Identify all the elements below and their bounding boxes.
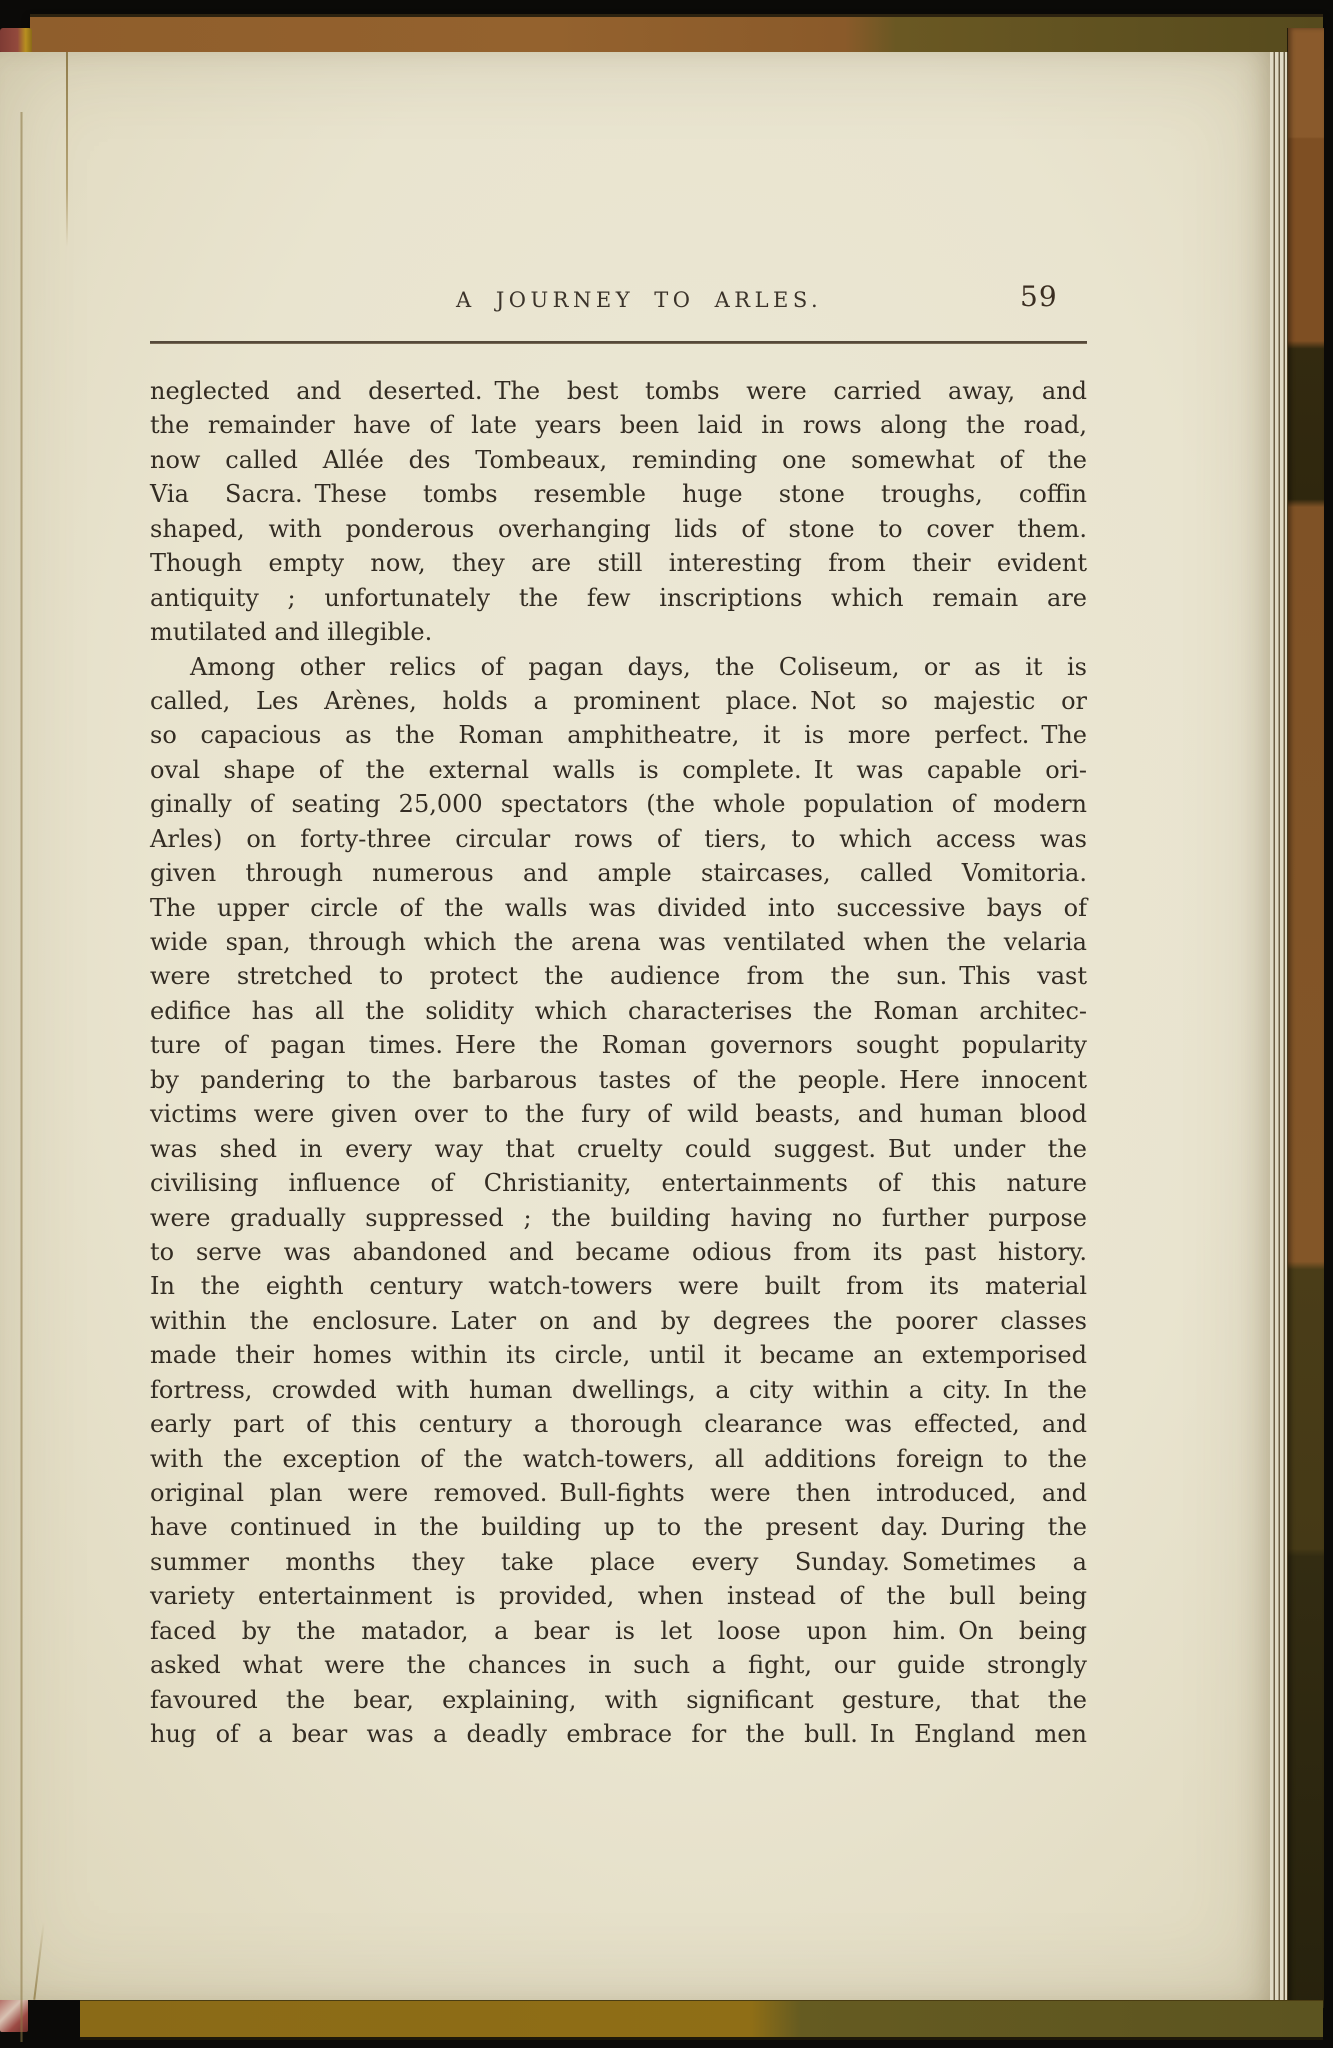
text-line: Among other relics of pagan days, the Co… bbox=[150, 650, 1087, 684]
page-title: A JOURNEY TO ARLES. bbox=[456, 288, 822, 312]
text-line: civilising influence of Christianity, en… bbox=[150, 1166, 1087, 1200]
text-line: asked what were the chances in such a fi… bbox=[150, 1648, 1087, 1682]
text-line: were gradually suppressed ; the building… bbox=[150, 1201, 1087, 1235]
header-rule bbox=[150, 341, 1087, 344]
text-line: Arles) on forty-three circular rows of t… bbox=[150, 822, 1087, 856]
paragraph: neglected and deserted. The best tombs w… bbox=[150, 374, 1087, 650]
text-line: antiquity ; unfortunately the few inscri… bbox=[150, 581, 1087, 615]
text-line: fortress, crowded with human dwellings, … bbox=[150, 1373, 1087, 1407]
book-page: A JOURNEY TO ARLES. 59 neglected and des… bbox=[0, 52, 1270, 2000]
marbled-corner-bottom-left bbox=[0, 1996, 28, 2032]
loose-thread-top bbox=[66, 52, 68, 247]
paragraph: Among other relics of pagan days, the Co… bbox=[150, 650, 1087, 1752]
text-line: were stretched to protect the audience f… bbox=[150, 959, 1087, 993]
body-text: neglected and deserted. The best tombs w… bbox=[150, 374, 1087, 1752]
page-number: 59 bbox=[1020, 280, 1058, 313]
text-line: Though empty now, they are still interes… bbox=[150, 546, 1087, 580]
text-line: given through numerous and ample stairca… bbox=[150, 856, 1087, 890]
text-line: the remainder have of late years been la… bbox=[150, 408, 1087, 442]
text-line: hug of a bear was a deadly embrace for t… bbox=[150, 1717, 1087, 1751]
text-line: called, Les Arènes, holds a prominent pl… bbox=[150, 684, 1087, 718]
text-line: wide span, through which the arena was v… bbox=[150, 925, 1087, 959]
text-line: mutilated and illegible. bbox=[150, 615, 1087, 649]
text-line: variety entertainment is provided, when … bbox=[150, 1579, 1087, 1613]
text-line: with the exception of the watch-towers, … bbox=[150, 1442, 1087, 1476]
text-line: so capacious as the Roman amphitheatre, … bbox=[150, 718, 1087, 752]
page-edge-stack bbox=[1270, 52, 1288, 2000]
text-line: In the eighth century watch-towers were … bbox=[150, 1269, 1087, 1303]
text-line: to serve was abandoned and became odious… bbox=[150, 1235, 1087, 1269]
text-line: have continued in the building up to the… bbox=[150, 1510, 1087, 1544]
text-line: original plan were removed. Bull-fights … bbox=[150, 1476, 1087, 1510]
text-line: Via Sacra. These tombs resemble huge sto… bbox=[150, 477, 1087, 511]
text-line: victims were given over to the fury of w… bbox=[150, 1097, 1087, 1131]
book-binding-top-edge bbox=[30, 14, 1323, 57]
binding-stitch-top-left bbox=[0, 28, 32, 54]
text-line: within the enclosure. Later on and by de… bbox=[150, 1304, 1087, 1338]
text-line: was shed in every way that cruelty could… bbox=[150, 1132, 1087, 1166]
text-line: favoured the bear, explaining, with sign… bbox=[150, 1683, 1087, 1717]
gutter-crease bbox=[20, 112, 23, 2042]
text-line: edifice has all the solidity which chara… bbox=[150, 994, 1087, 1028]
text-line: summer months they take place every Sund… bbox=[150, 1545, 1087, 1579]
text-line: neglected and deserted. The best tombs w… bbox=[150, 374, 1087, 408]
text-line: now called Allée des Tombeaux, reminding… bbox=[150, 443, 1087, 477]
photo-of-book-page: { "header": { "title": "A JOURNEY TO ARL… bbox=[0, 0, 1333, 2048]
text-line: made their homes within its circle, unti… bbox=[150, 1338, 1087, 1372]
text-line: shaped, with ponderous overhanging lids … bbox=[150, 512, 1087, 546]
text-line: ture of pagan times. Here the Roman gove… bbox=[150, 1028, 1087, 1062]
book-binding-right-edge bbox=[1287, 28, 1324, 2008]
text-line: The upper circle of the walls was divide… bbox=[150, 891, 1087, 925]
text-line: ginally of seating 25,000 spectators (th… bbox=[150, 787, 1087, 821]
text-line: by pandering to the barbarous tastes of … bbox=[150, 1063, 1087, 1097]
text-line: faced by the matador, a bear is let loos… bbox=[150, 1614, 1087, 1648]
book-binding-bottom-edge bbox=[80, 2000, 1323, 2040]
text-line: oval shape of the external walls is comp… bbox=[150, 753, 1087, 787]
text-line: early part of this century a thorough cl… bbox=[150, 1407, 1087, 1441]
